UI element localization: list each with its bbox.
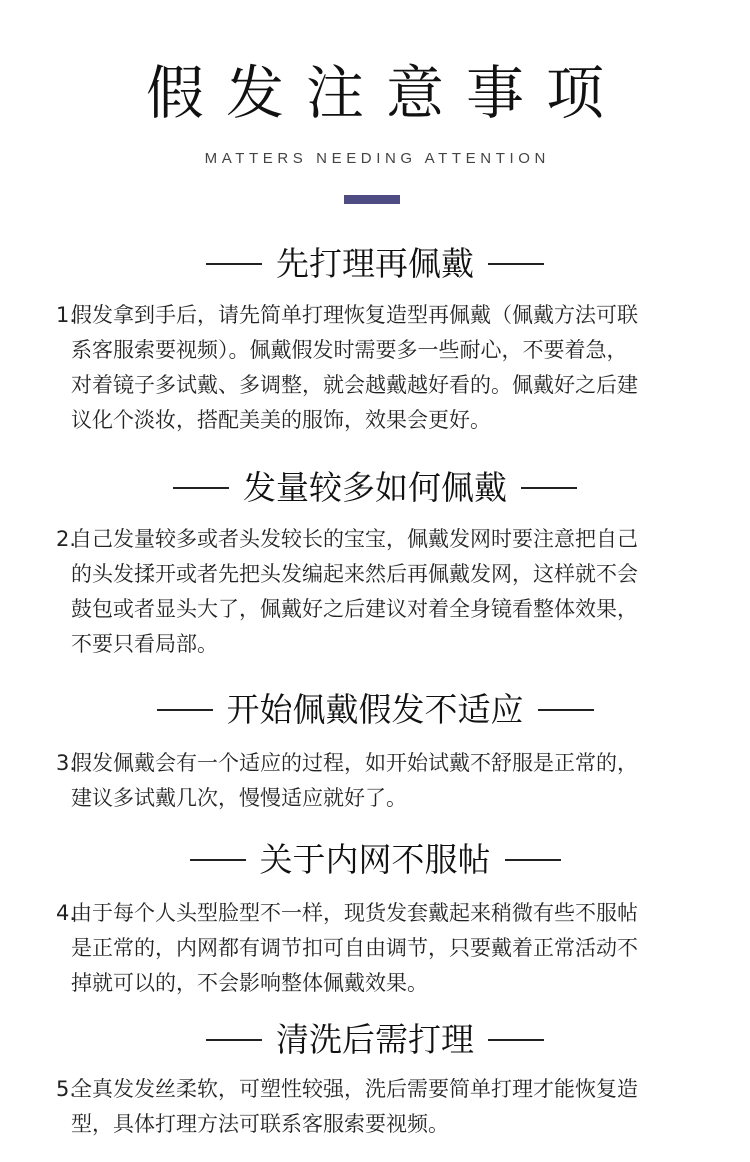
section-paragraph-1: 1.假发拿到手后，请先简单打理恢复造型再佩戴（佩戴方法可联 系客服索要视频）。佩… (56, 298, 706, 438)
heading-dash-left (190, 859, 246, 861)
heading-dash-right (505, 859, 561, 861)
section-heading-3: 开始佩戴假发不适应 (0, 688, 750, 732)
heading-dash-left (157, 709, 213, 711)
paragraph-line: 不要只看局部。 (56, 627, 706, 662)
heading-dash-left (173, 487, 229, 489)
section-heading-text: 发量较多如何佩戴 (243, 466, 507, 510)
page-title: 假发注意事项 (0, 58, 750, 128)
heading-dash-right (521, 487, 577, 489)
paragraph-line: 鼓包或者显头大了，佩戴好之后建议对着全身镜看整体效果， (56, 592, 706, 627)
section-heading-1: 先打理再佩戴 (0, 242, 750, 286)
paragraph-line: 假发拿到手后，请先简单打理恢复造型再佩戴（佩戴方法可联 (71, 303, 638, 327)
item-number: 4. (56, 896, 71, 931)
section-paragraph-3: 3.假发佩戴会有一个适应的过程，如开始试戴不舒服是正常的， 建议多试戴几次，慢慢… (56, 746, 706, 816)
paragraph-line: 系客服索要视频）。佩戴假发时需要多一些耐心，不要着急， (56, 333, 706, 368)
paragraph-line: 的头发揉开或者先把头发编起来然后再佩戴发网，这样就不会 (56, 557, 706, 592)
heading-dash-left (206, 263, 262, 265)
section-paragraph-4: 4.由于每个人头型脸型不一样，现货发套戴起来稍微有些不服帖 是正常的，内网都有调… (56, 896, 706, 1001)
heading-dash-left (206, 1039, 262, 1041)
section-heading-text: 先打理再佩戴 (276, 242, 474, 286)
section-heading-5: 清洗后需打理 (0, 1018, 750, 1062)
page-subtitle: MATTERS NEEDING ATTENTION (0, 150, 750, 167)
paragraph-line: 自己发量较多或者头发较长的宝宝，佩戴发网时要注意把自己 (71, 527, 638, 551)
section-paragraph-2: 2.自己发量较多或者头发较长的宝宝，佩戴发网时要注意把自己 的头发揉开或者先把头… (56, 522, 706, 662)
paragraph-line: 建议多试戴几次，慢慢适应就好了。 (56, 781, 706, 816)
item-number: 3. (56, 746, 71, 781)
paragraph-line: 由于每个人头型脸型不一样，现货发套戴起来稍微有些不服帖 (71, 901, 638, 925)
section-heading-2: 发量较多如何佩戴 (0, 466, 750, 510)
paragraph-line: 全真发发丝柔软，可塑性较强，洗后需要简单打理才能恢复造 (71, 1077, 638, 1101)
section-heading-4: 关于内网不服帖 (0, 838, 750, 882)
section-heading-text: 清洗后需打理 (276, 1018, 474, 1062)
accent-bar (344, 195, 400, 204)
paragraph-line: 型，具体打理方法可联系客服索要视频。 (56, 1107, 706, 1142)
section-paragraph-5: 5.全真发发丝柔软，可塑性较强，洗后需要简单打理才能恢复造 型，具体打理方法可联… (56, 1072, 706, 1142)
item-number: 2. (56, 522, 71, 557)
section-heading-text: 关于内网不服帖 (260, 838, 491, 882)
section-heading-text: 开始佩戴假发不适应 (227, 688, 524, 732)
paragraph-line: 议化个淡妆，搭配美美的服饰，效果会更好。 (56, 403, 706, 438)
paragraph-line: 掉就可以的，不会影响整体佩戴效果。 (56, 966, 706, 1001)
heading-dash-right (538, 709, 594, 711)
paragraph-line: 是正常的，内网都有调节扣可自由调节，只要戴着正常活动不 (56, 931, 706, 966)
heading-dash-right (488, 1039, 544, 1041)
paragraph-line: 对着镜子多试戴、多调整，就会越戴越好看的。佩戴好之后建 (56, 368, 706, 403)
paragraph-line: 假发佩戴会有一个适应的过程，如开始试戴不舒服是正常的， (71, 751, 638, 775)
item-number: 5. (56, 1072, 71, 1107)
heading-dash-right (488, 263, 544, 265)
item-number: 1. (56, 298, 71, 333)
